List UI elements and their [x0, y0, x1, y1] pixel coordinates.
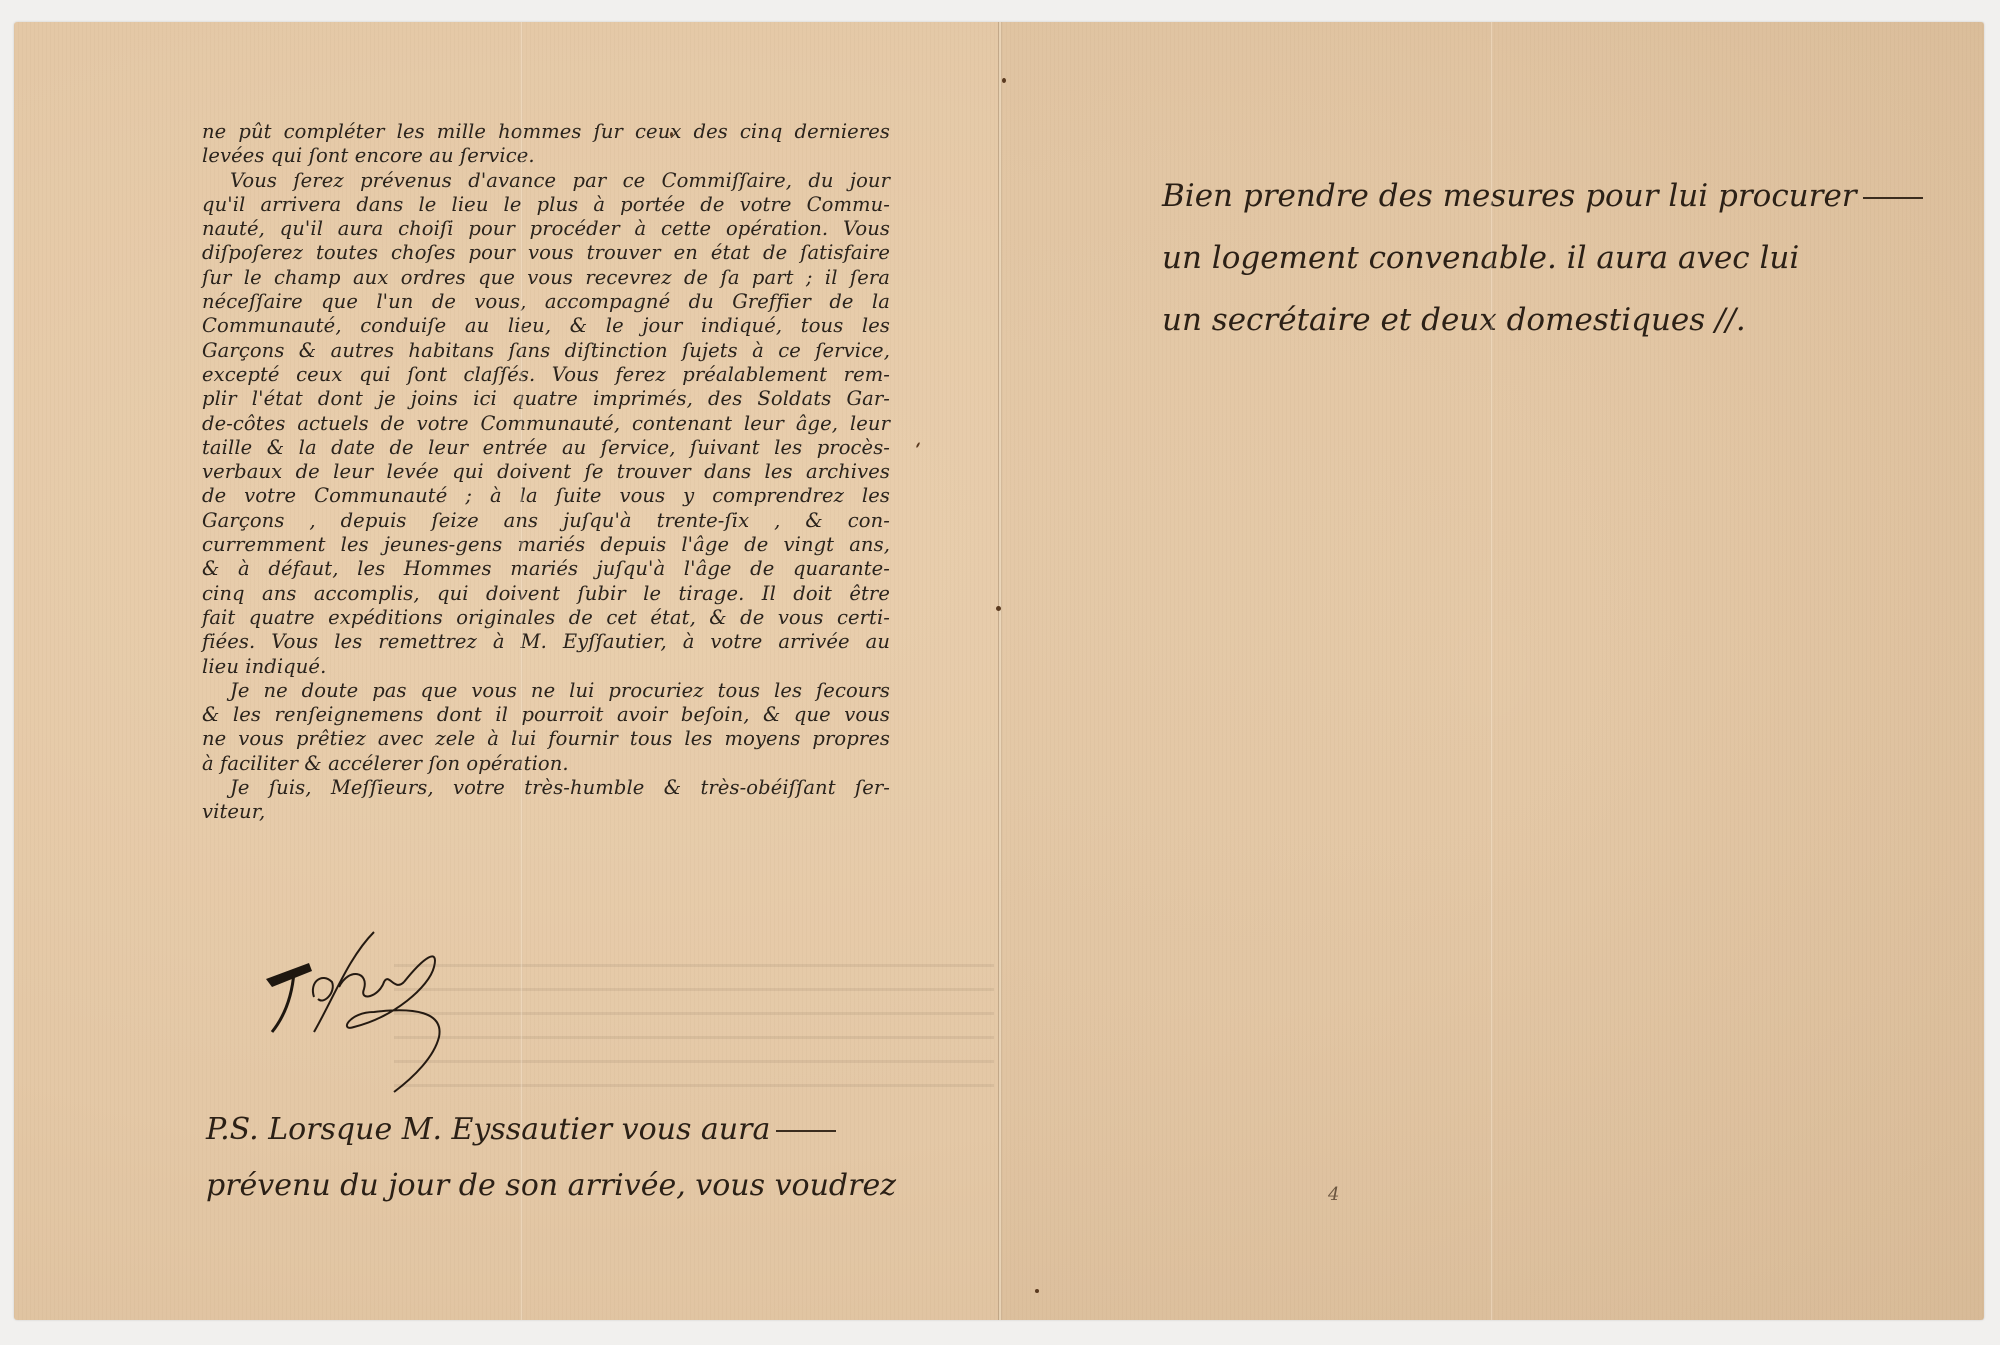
ink-speck: [996, 606, 1001, 611]
printed-line: fiées. Vous les remettrez à M. Eyſſautie…: [202, 630, 890, 654]
printed-line: Vous ſerez prévenus d'avance par ce Comm…: [202, 169, 890, 193]
paper-crease: [1490, 22, 1493, 1320]
paper-crease: [520, 22, 523, 1320]
postscript-line: prévenu du jour de son arrivée, vous vou…: [206, 1158, 896, 1214]
postscript-line: P.S. Lorsque M. Eyssautier vous aura: [206, 1102, 896, 1158]
note-line: un secrétaire et deux domestiques //.: [1162, 289, 1923, 351]
line-filler-dash: [1863, 197, 1923, 199]
printed-text-block: ne pût compléter les mille hommes ſur ce…: [202, 120, 890, 825]
printed-line: Communauté, conduiſe au lieu, & le jour …: [202, 314, 890, 338]
printed-line: Garçons & autres habitans ſans diſtincti…: [202, 339, 890, 363]
ink-speck: [670, 132, 673, 137]
signature-flourish-icon: [254, 927, 494, 1097]
printed-line: nauté, qu'il aura choiſi pour procéder à…: [202, 217, 890, 241]
printed-line: ne vous prêtiez avec zele à lui fournir …: [202, 727, 890, 751]
printed-line: diſpoſerez toutes choſes pour vous trouv…: [202, 241, 890, 265]
letter-sheet: ne pût compléter les mille hommes ſur ce…: [14, 22, 1984, 1320]
printed-line: ſur le champ aux ordres que vous recevre…: [202, 266, 890, 290]
printed-line: Je ne doute pas que vous ne lui procurie…: [202, 679, 890, 703]
printed-line: lieu indiqué.: [202, 655, 890, 679]
printed-line: de votre Communauté ; à la ſuite vous y …: [202, 484, 890, 508]
handwritten-note: Bien prendre des mesures pour lui procur…: [1162, 165, 1923, 351]
printed-line: curremment les jeunes-gens mariés depuis…: [202, 533, 890, 557]
printed-line: Garçons , depuis ſeize ans juſqu'à trent…: [202, 509, 890, 533]
printed-line: verbaux de leur levée qui doivent ſe tro…: [202, 460, 890, 484]
note-line: Bien prendre des mesures pour lui procur…: [1162, 165, 1923, 227]
printed-line: Je ſuis, Meſſieurs, votre très-humble & …: [202, 776, 890, 800]
printed-line: excepté ceux qui ſont claſſés. Vous fere…: [202, 363, 890, 387]
line-filler-dash: [776, 1130, 836, 1132]
printed-line: levées qui ſont encore au ſervice.: [202, 144, 890, 168]
printed-line: & à défaut, les Hommes mariés juſqu'à l'…: [202, 557, 890, 581]
printed-line: & les renſeignemens dont il pourroit avo…: [202, 703, 890, 727]
stray-pencil-mark: 4: [1328, 1184, 1339, 1205]
printed-line: cinq ans accomplis, qui doivent ſubir le…: [202, 582, 890, 606]
postscript: P.S. Lorsque M. Eyssautier vous aura pré…: [206, 1102, 896, 1214]
printed-line: de-côtes actuels de votre Communauté, co…: [202, 412, 890, 436]
left-page: ne pût compléter les mille hommes ſur ce…: [14, 22, 1000, 1320]
printed-line: ne pût compléter les mille hommes ſur ce…: [202, 120, 890, 144]
printed-line: fait quatre expéditions originales de ce…: [202, 606, 890, 630]
center-fold: [998, 22, 1002, 1320]
printed-line: viteur,: [202, 800, 890, 824]
ink-speck: [1002, 78, 1006, 83]
ink-speck: [1035, 1289, 1039, 1293]
printed-line: néceſſaire que l'un de vous, accompagné …: [202, 290, 890, 314]
printed-line: à faciliter & accélerer ſon opération.: [202, 752, 890, 776]
note-line: un logement convenable. il aura avec lui: [1162, 227, 1923, 289]
printed-line: plir l'état dont je joins ici quatre imp…: [202, 387, 890, 411]
signature: [254, 927, 494, 1097]
printed-line: taille & la date de leur entrée au ſervi…: [202, 436, 890, 460]
printed-line: qu'il arrivera dans le lieu le plus à po…: [202, 193, 890, 217]
